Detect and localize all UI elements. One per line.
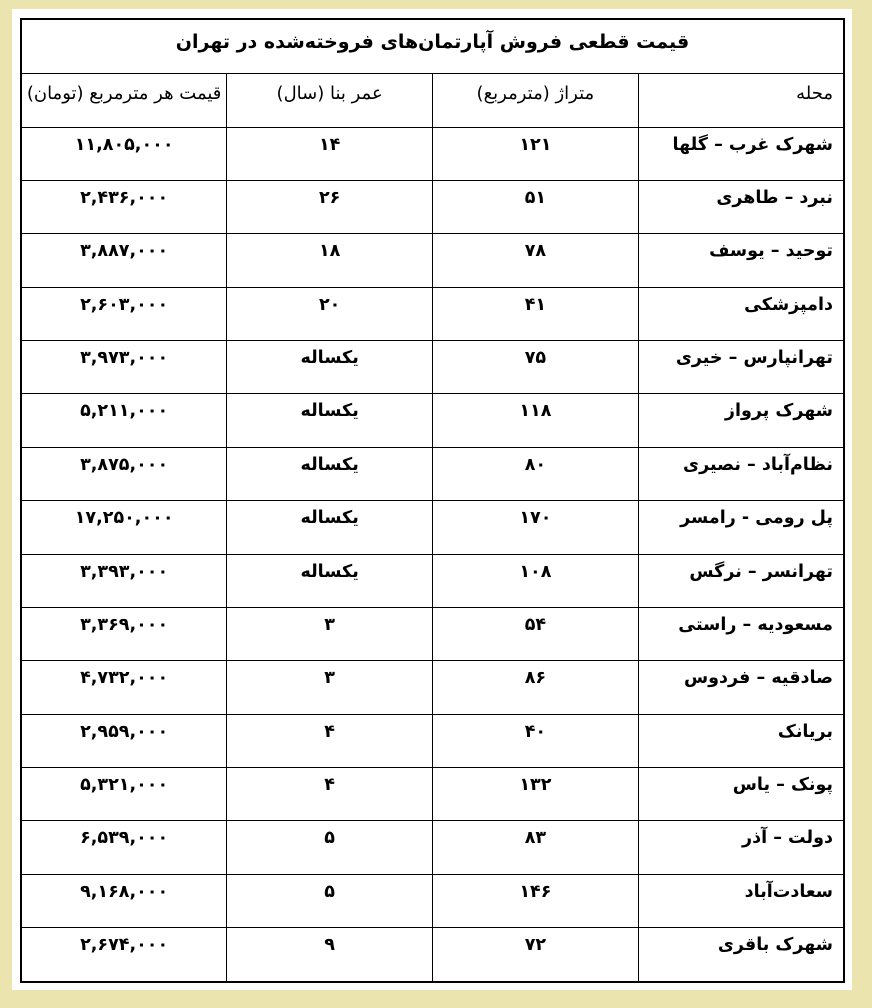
cell-age: ۴: [227, 714, 433, 767]
table-row: دولت – آذر۸۳۵۶,۵۳۹,۰۰۰: [21, 821, 844, 874]
cell-age: ۵: [227, 821, 433, 874]
cell-area: ۸۶: [433, 661, 639, 714]
cell-age: ۴: [227, 768, 433, 821]
apartment-price-table: قیمت قطعی فروش آپارتمان‌های فروخته‌شده د…: [20, 18, 845, 983]
cell-area: ۵۱: [433, 180, 639, 233]
table-title: قیمت قطعی فروش آپارتمان‌های فروخته‌شده د…: [21, 19, 844, 73]
document-panel: قیمت قطعی فروش آپارتمان‌های فروخته‌شده د…: [12, 9, 852, 990]
cell-neighborhood: دامپزشکی: [638, 287, 844, 340]
cell-neighborhood: بریانک: [638, 714, 844, 767]
cell-age: یکساله: [227, 447, 433, 500]
cell-price: ۱۱,۸۰۵,۰۰۰: [21, 127, 227, 180]
cell-neighborhood: دولت – آذر: [638, 821, 844, 874]
cell-age: یکساله: [227, 501, 433, 554]
cell-neighborhood: تهرانسر – نرگس: [638, 554, 844, 607]
cell-price: ۲,۹۵۹,۰۰۰: [21, 714, 227, 767]
cell-area: ۸۰: [433, 447, 639, 500]
cell-area: ۷۲: [433, 928, 639, 982]
cell-area: ۱۷۰: [433, 501, 639, 554]
cell-neighborhood: شهرک باقری: [638, 928, 844, 982]
table-row: مسعودیه – راستی۵۴۳۳,۳۶۹,۰۰۰: [21, 607, 844, 660]
cell-area: ۱۰۸: [433, 554, 639, 607]
cell-age: یکساله: [227, 341, 433, 394]
table-row: صادقیه – فردوس۸۶۳۴,۷۳۲,۰۰۰: [21, 661, 844, 714]
table-row: تهرانپارس – خیری۷۵یکساله۳,۹۷۳,۰۰۰: [21, 341, 844, 394]
header-age: عمر بنا (سال): [227, 73, 433, 127]
cell-area: ۸۳: [433, 821, 639, 874]
cell-price: ۵,۳۲۱,۰۰۰: [21, 768, 227, 821]
cell-neighborhood: توحید – یوسف: [638, 234, 844, 287]
cell-price: ۲,۴۳۶,۰۰۰: [21, 180, 227, 233]
cell-area: ۷۸: [433, 234, 639, 287]
cell-neighborhood: پونک – یاس: [638, 768, 844, 821]
table-row: پونک – یاس۱۳۲۴۵,۳۲۱,۰۰۰: [21, 768, 844, 821]
cell-price: ۵,۲۱۱,۰۰۰: [21, 394, 227, 447]
cell-area: ۴۰: [433, 714, 639, 767]
cell-price: ۳,۳۶۹,۰۰۰: [21, 607, 227, 660]
cell-price: ۹,۱۶۸,۰۰۰: [21, 874, 227, 927]
cell-price: ۳,۸۷۵,۰۰۰: [21, 447, 227, 500]
cell-price: ۶,۵۳۹,۰۰۰: [21, 821, 227, 874]
cell-area: ۱۲۱: [433, 127, 639, 180]
cell-age: ۵: [227, 874, 433, 927]
cell-age: ۲۰: [227, 287, 433, 340]
cell-price: ۲,۶۰۳,۰۰۰: [21, 287, 227, 340]
table-row: تهرانسر – نرگس۱۰۸یکساله۳,۳۹۳,۰۰۰: [21, 554, 844, 607]
cell-neighborhood: سعادت‌آباد: [638, 874, 844, 927]
table-row: بریانک۴۰۴۲,۹۵۹,۰۰۰: [21, 714, 844, 767]
cell-age: ۱۸: [227, 234, 433, 287]
cell-neighborhood: تهرانپارس – خیری: [638, 341, 844, 394]
cell-age: ۳: [227, 661, 433, 714]
cell-price: ۴,۷۳۲,۰۰۰: [21, 661, 227, 714]
header-price: قیمت هر مترمربع (تومان): [21, 73, 227, 127]
table-row: شهرک پرواز۱۱۸یکساله۵,۲۱۱,۰۰۰: [21, 394, 844, 447]
header-area: متراژ (مترمربع): [433, 73, 639, 127]
cell-neighborhood: پل رومی - رامسر: [638, 501, 844, 554]
cell-price: ۳,۹۷۳,۰۰۰: [21, 341, 227, 394]
table-title-row: قیمت قطعی فروش آپارتمان‌های فروخته‌شده د…: [21, 19, 844, 73]
table-header-row: محله متراژ (مترمربع) عمر بنا (سال) قیمت …: [21, 73, 844, 127]
table-row: توحید – یوسف۷۸۱۸۳,۸۸۷,۰۰۰: [21, 234, 844, 287]
cell-neighborhood: نظام‌آباد – نصیری: [638, 447, 844, 500]
cell-neighborhood: مسعودیه – راستی: [638, 607, 844, 660]
table-row: شهرک غرب – گلها۱۲۱۱۴۱۱,۸۰۵,۰۰۰: [21, 127, 844, 180]
table-row: نظام‌آباد – نصیری۸۰یکساله۳,۸۷۵,۰۰۰: [21, 447, 844, 500]
cell-age: ۹: [227, 928, 433, 982]
table-body: شهرک غرب – گلها۱۲۱۱۴۱۱,۸۰۵,۰۰۰نبرد – طاه…: [21, 127, 844, 982]
table-row: دامپزشکی۴۱۲۰۲,۶۰۳,۰۰۰: [21, 287, 844, 340]
cell-area: ۵۴: [433, 607, 639, 660]
cell-area: ۷۵: [433, 341, 639, 394]
table-row: پل رومی - رامسر۱۷۰یکساله۱۷,۲۵۰,۰۰۰: [21, 501, 844, 554]
table-row: نبرد – طاهری۵۱۲۶۲,۴۳۶,۰۰۰: [21, 180, 844, 233]
cell-neighborhood: صادقیه – فردوس: [638, 661, 844, 714]
cell-neighborhood: شهرک پرواز: [638, 394, 844, 447]
cell-age: ۳: [227, 607, 433, 660]
table-row: شهرک باقری۷۲۹۲,۶۷۴,۰۰۰: [21, 928, 844, 982]
cell-area: ۴۱: [433, 287, 639, 340]
header-neighborhood: محله: [638, 73, 844, 127]
cell-price: ۱۷,۲۵۰,۰۰۰: [21, 501, 227, 554]
cell-area: ۱۱۸: [433, 394, 639, 447]
cell-price: ۲,۶۷۴,۰۰۰: [21, 928, 227, 982]
cell-age: یکساله: [227, 554, 433, 607]
cell-price: ۳,۸۸۷,۰۰۰: [21, 234, 227, 287]
cell-age: یکساله: [227, 394, 433, 447]
cell-area: ۱۴۶: [433, 874, 639, 927]
cell-area: ۱۳۲: [433, 768, 639, 821]
cell-neighborhood: نبرد – طاهری: [638, 180, 844, 233]
cell-price: ۳,۳۹۳,۰۰۰: [21, 554, 227, 607]
cell-age: ۱۴: [227, 127, 433, 180]
cell-neighborhood: شهرک غرب – گلها: [638, 127, 844, 180]
cell-age: ۲۶: [227, 180, 433, 233]
page-background: { "page": { "background_color": "#ece4af…: [0, 0, 872, 1008]
table-row: سعادت‌آباد۱۴۶۵۹,۱۶۸,۰۰۰: [21, 874, 844, 927]
